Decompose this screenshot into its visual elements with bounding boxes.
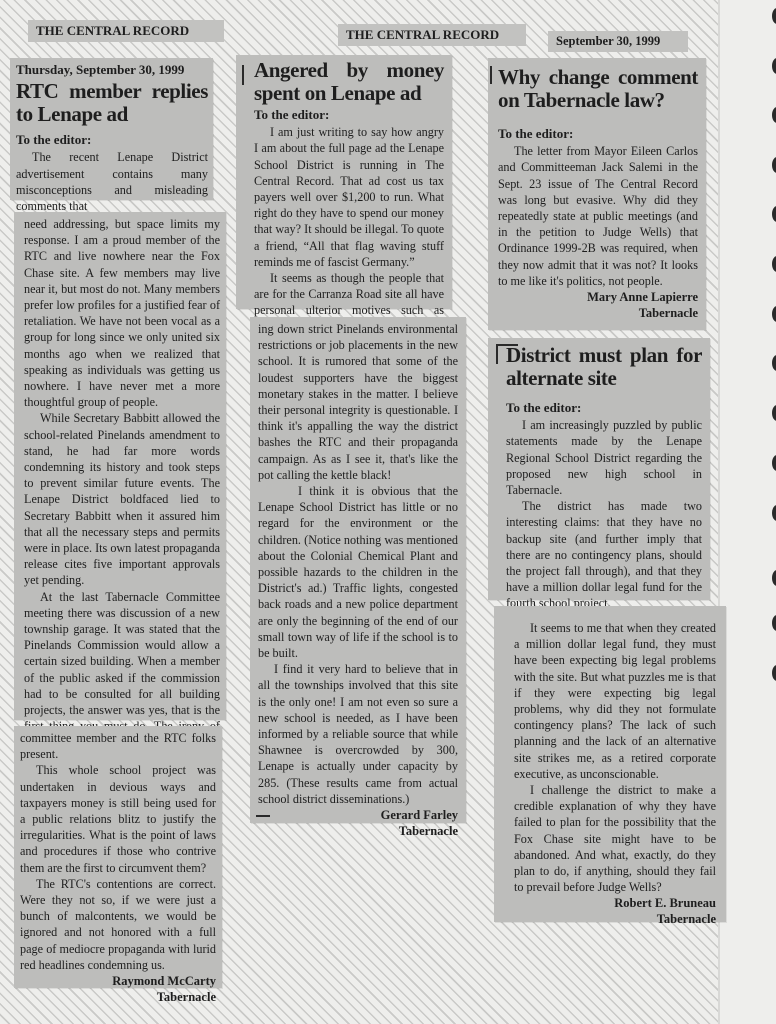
salutation: To the editor: bbox=[254, 107, 444, 123]
paragraph: I am increasingly puzzled by public stat… bbox=[506, 417, 702, 498]
clipping-4b: It seems to me that when they created a … bbox=[494, 606, 726, 922]
author-town: Tabernacle bbox=[20, 989, 216, 1005]
clipping-3: Why change comment on Tabernacle law? To… bbox=[488, 58, 706, 330]
binder-edge bbox=[718, 0, 776, 1024]
clipping-2b: ing down strict Pinelands environmental … bbox=[250, 317, 466, 823]
binder-ring bbox=[772, 665, 776, 681]
binder-ring bbox=[772, 455, 776, 471]
headline: RTC member replies to Lenape ad bbox=[16, 80, 208, 126]
binder-ring bbox=[772, 58, 776, 74]
column-rule-mark bbox=[490, 66, 492, 84]
author-town: Tabernacle bbox=[498, 305, 698, 321]
dateline: Thursday, September 30, 1999 bbox=[16, 62, 208, 78]
author-name: Robert E. Bruneau bbox=[514, 895, 716, 911]
binder-ring bbox=[772, 157, 776, 173]
binder-ring bbox=[772, 615, 776, 631]
clipping-1c: committee member and the RTC folks prese… bbox=[14, 726, 222, 988]
author-name: Gerard Farley bbox=[258, 807, 458, 823]
paragraph: I challenge the district to make a credi… bbox=[514, 782, 716, 895]
paragraph: ing down strict Pinelands environmental … bbox=[258, 321, 458, 483]
paragraph: I think it is obvious that the Lenape Sc… bbox=[258, 483, 458, 661]
binder-ring bbox=[772, 505, 776, 521]
masthead-label-center: THE CENTRAL RECORD bbox=[338, 24, 526, 46]
clipping-1a: Thursday, September 30, 1999 RTC member … bbox=[10, 58, 213, 200]
binder-ring bbox=[772, 8, 776, 24]
column-rule-mark bbox=[242, 65, 244, 85]
paragraph: need addressing, but space limits my res… bbox=[24, 216, 220, 410]
paragraph: committee member and the RTC folks prese… bbox=[20, 730, 216, 762]
paragraph: I find it very hard to believe that in a… bbox=[258, 661, 458, 807]
paragraph: The recent Lenape District advertisement… bbox=[16, 149, 208, 214]
clipping-2a: Angered by money spent on Lenape ad To t… bbox=[236, 55, 452, 309]
paragraph: While Secretary Babbitt allowed the scho… bbox=[24, 410, 220, 588]
binder-ring bbox=[772, 256, 776, 272]
salutation: To the editor: bbox=[498, 126, 698, 142]
author-town: Tabernacle bbox=[258, 823, 458, 839]
paragraph: This whole school project was undertaken… bbox=[20, 762, 216, 875]
salutation: To the editor: bbox=[16, 132, 208, 148]
clipping-1b: need addressing, but space limits my res… bbox=[14, 212, 226, 720]
headline: Why change comment on Tabernacle law? bbox=[498, 66, 698, 112]
binder-ring bbox=[772, 355, 776, 371]
column-rule-mark bbox=[496, 344, 498, 364]
paragraph: The letter from Mayor Eileen Carlos and … bbox=[498, 143, 698, 289]
salutation: To the editor: bbox=[506, 400, 702, 416]
masthead-label-left: THE CENTRAL RECORD bbox=[28, 20, 224, 42]
binder-ring bbox=[772, 570, 776, 586]
author-name: Raymond McCarty bbox=[20, 973, 216, 989]
binder-ring bbox=[772, 405, 776, 421]
date-label-right: September 30, 1999 bbox=[548, 31, 688, 52]
binder-ring bbox=[772, 107, 776, 123]
author-name: Mary Anne Lapierre bbox=[498, 289, 698, 305]
paragraph: The district has made two interesting cl… bbox=[506, 498, 702, 611]
column-rule-mark bbox=[256, 815, 270, 817]
clipping-4a: District must plan for alternate site To… bbox=[488, 338, 710, 600]
binder-ring bbox=[772, 206, 776, 222]
headline: District must plan for alternate site bbox=[506, 344, 702, 390]
author-town: Tabernacle bbox=[514, 911, 716, 927]
paragraph: It seems to me that when they created a … bbox=[514, 620, 716, 782]
paragraph: I am just writing to say how angry I am … bbox=[254, 124, 444, 270]
binder-ring bbox=[772, 306, 776, 322]
paragraph: The RTC's contentions are correct. Were … bbox=[20, 876, 216, 973]
headline: Angered by money spent on Lenape ad bbox=[254, 59, 444, 105]
